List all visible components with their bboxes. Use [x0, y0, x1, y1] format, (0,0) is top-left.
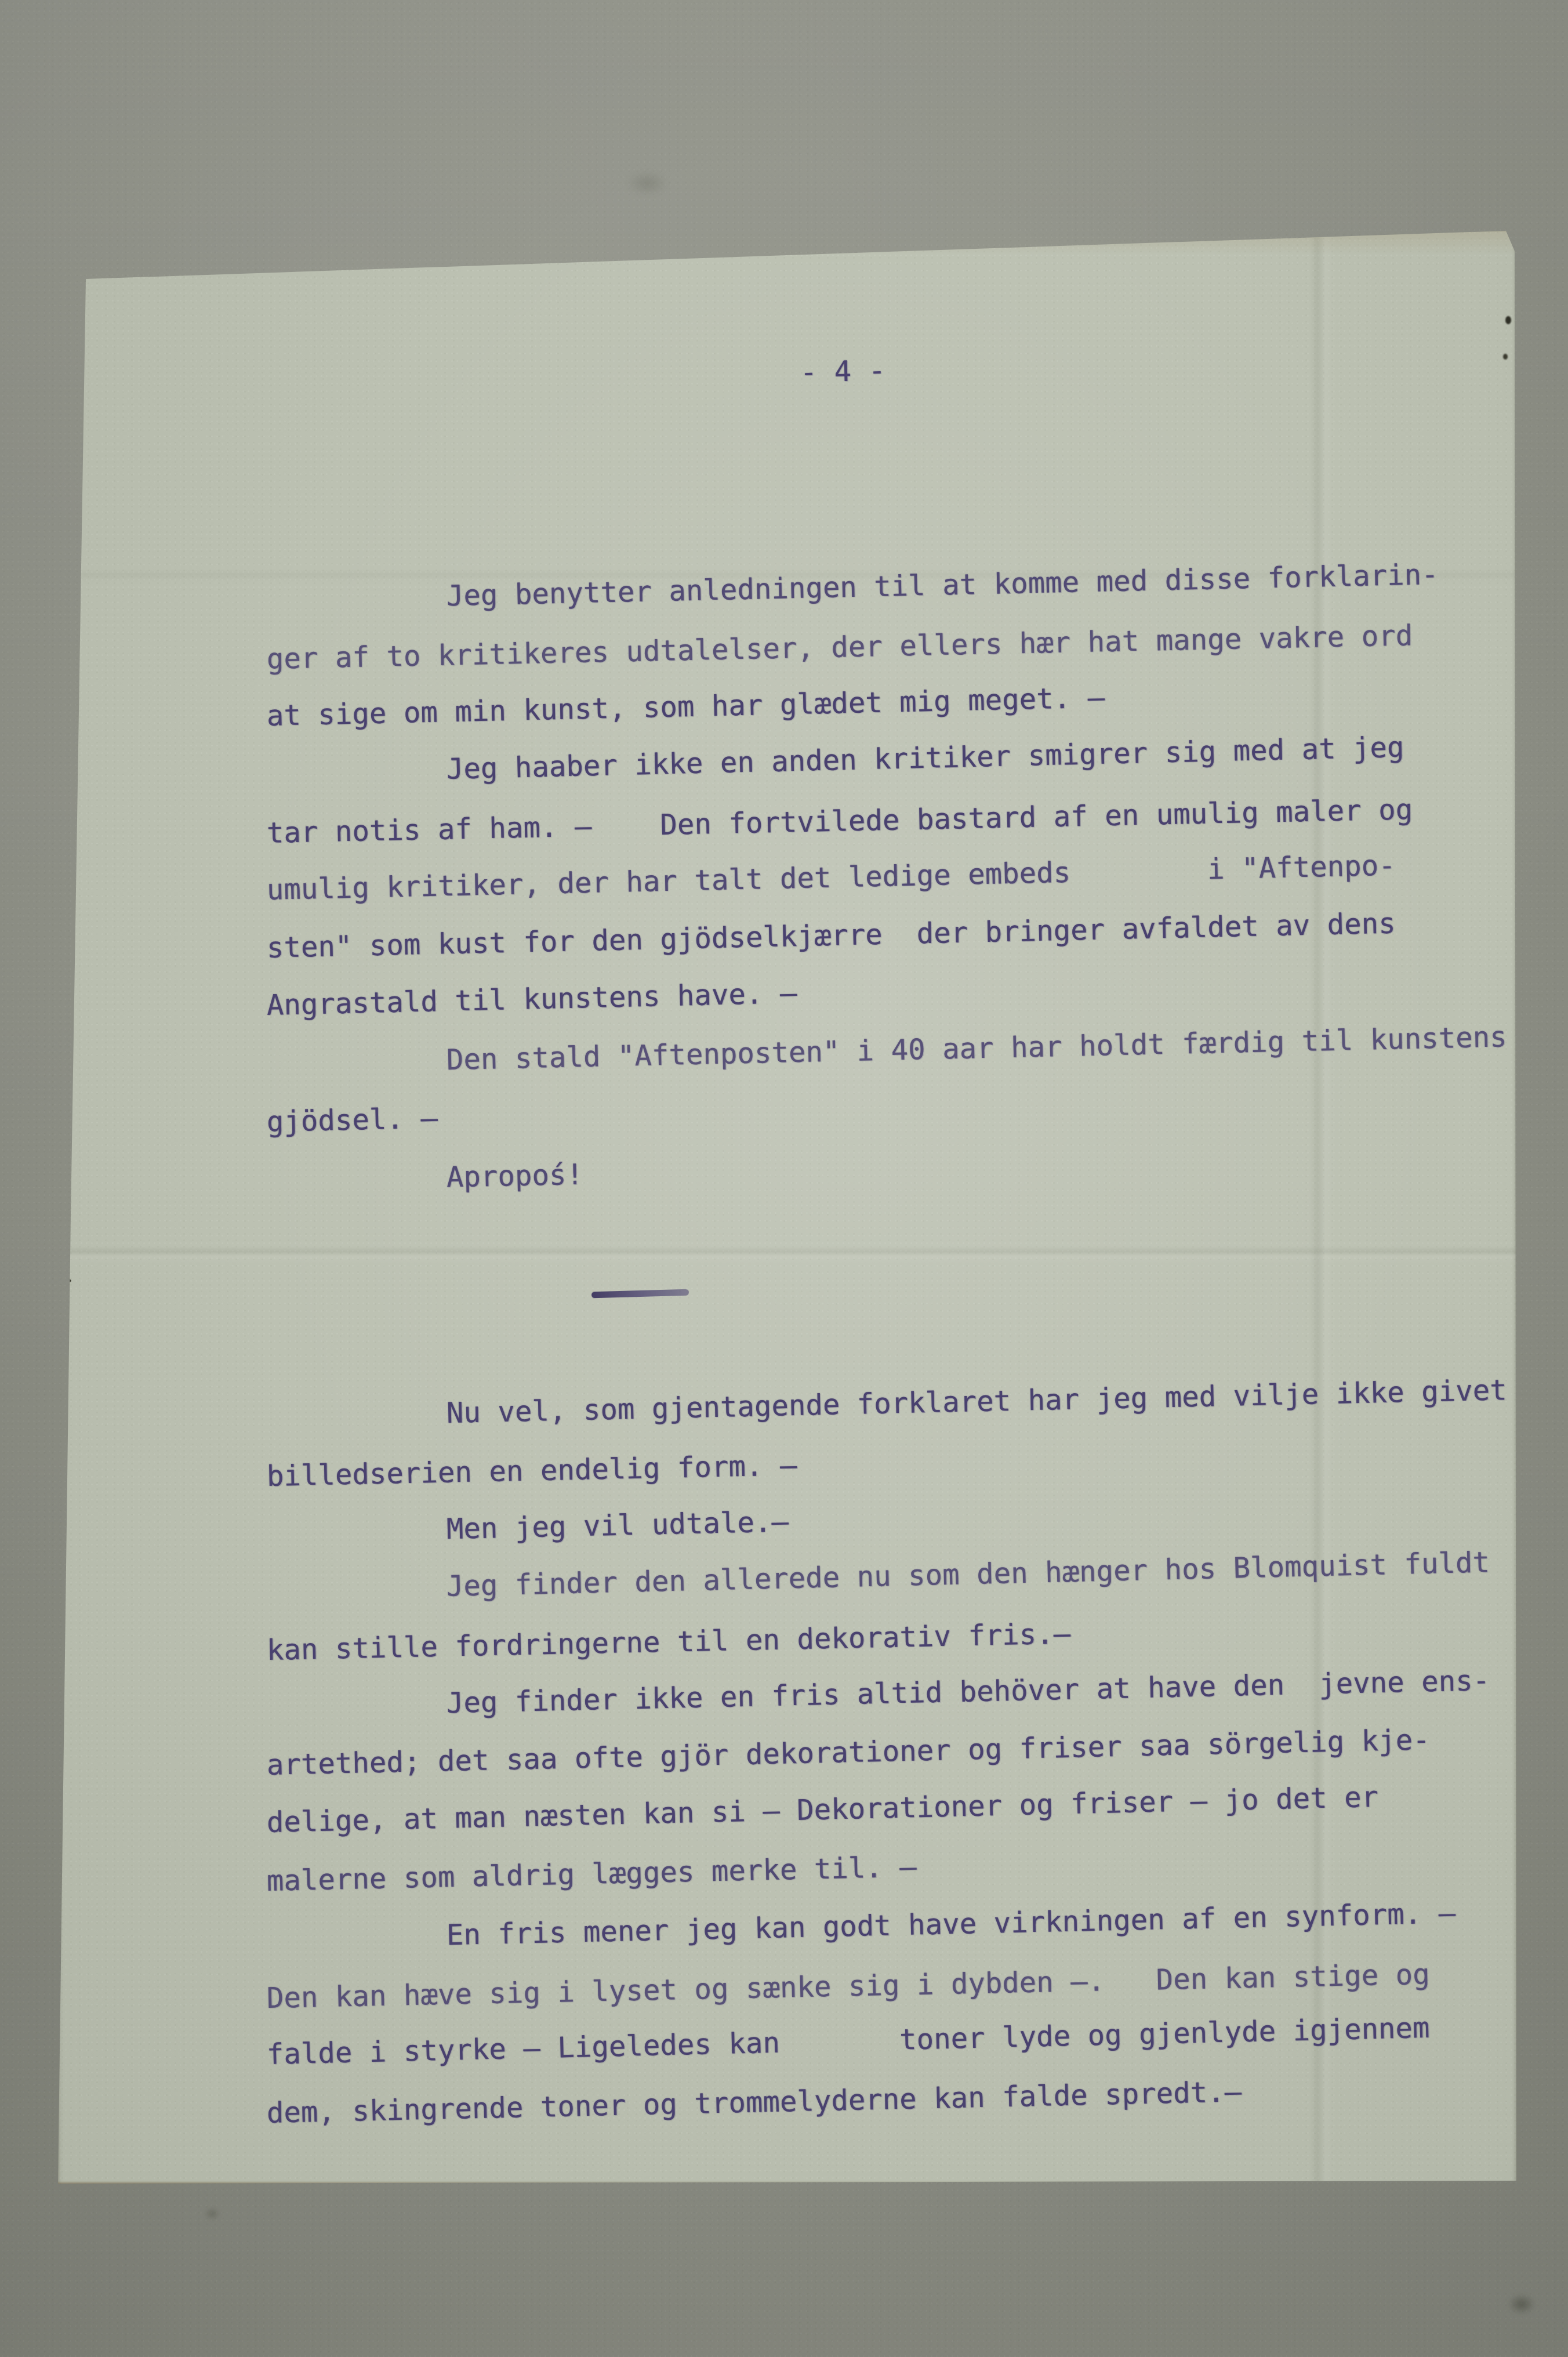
background-smudge: [1508, 2294, 1536, 2315]
document-page: - 4 - Jeg benytter anledningen til at ko…: [58, 229, 1516, 2184]
background-smudge: [204, 2207, 220, 2220]
page-number: - 4 -: [266, 328, 1502, 414]
typed-separator-line: [591, 1289, 689, 1299]
scanned-document-photo: { "meta": { "type": "scanned typewritten…: [0, 0, 1568, 2357]
paper-edge-fleck: [66, 1278, 71, 1283]
background-smudge: [626, 171, 668, 195]
paper-edge-hole: [1505, 316, 1511, 324]
paper-edge-hole: [1503, 354, 1508, 360]
typewritten-text-block: - 4 - Jeg benytter anledningen til at ko…: [267, 229, 1502, 2142]
